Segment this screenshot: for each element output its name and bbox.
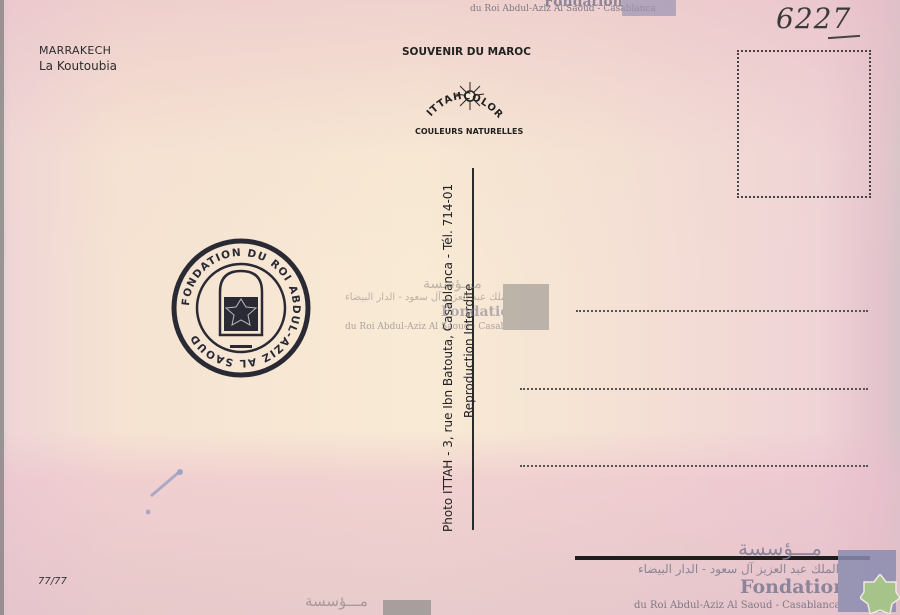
address-line-1: [576, 310, 868, 312]
ink-smudge: [146, 468, 186, 518]
stamp-placeholder-box: [737, 50, 871, 198]
card-edge-shadow: [0, 0, 4, 615]
handwritten-number: 6227: [776, 2, 851, 35]
location-city: MARRAKECH: [39, 44, 111, 57]
reference-number: 77/77: [38, 576, 67, 587]
svg-text:ITTAHCOLOR: ITTAHCOLOR: [425, 91, 505, 122]
address-line-2: [520, 388, 868, 390]
foundation-seal-stamp-icon: FONDATION DU ROI ABDUL-AZIZ AL SAOUD: [170, 237, 312, 379]
publisher-line: Photo ITTAH - 3, rue Ibn Batouta, Casabl…: [441, 184, 455, 532]
address-line-3: [520, 465, 868, 467]
brand-tagline: COULEURS NATURELLES: [415, 127, 523, 136]
thick-rule: [575, 556, 870, 560]
location-place: La Koutoubia: [39, 59, 117, 73]
handwritten-underline: [828, 35, 860, 39]
ittahcolor-sun-logo-icon: ITTAHCOLOR: [418, 80, 508, 124]
header-souvenir: SOUVENIR DU MAROC: [402, 46, 531, 58]
watermark-star-icon: [860, 574, 900, 614]
postcard-back: MARRAKECH La Koutoubia SOUVENIR DU MAROC…: [0, 0, 900, 615]
